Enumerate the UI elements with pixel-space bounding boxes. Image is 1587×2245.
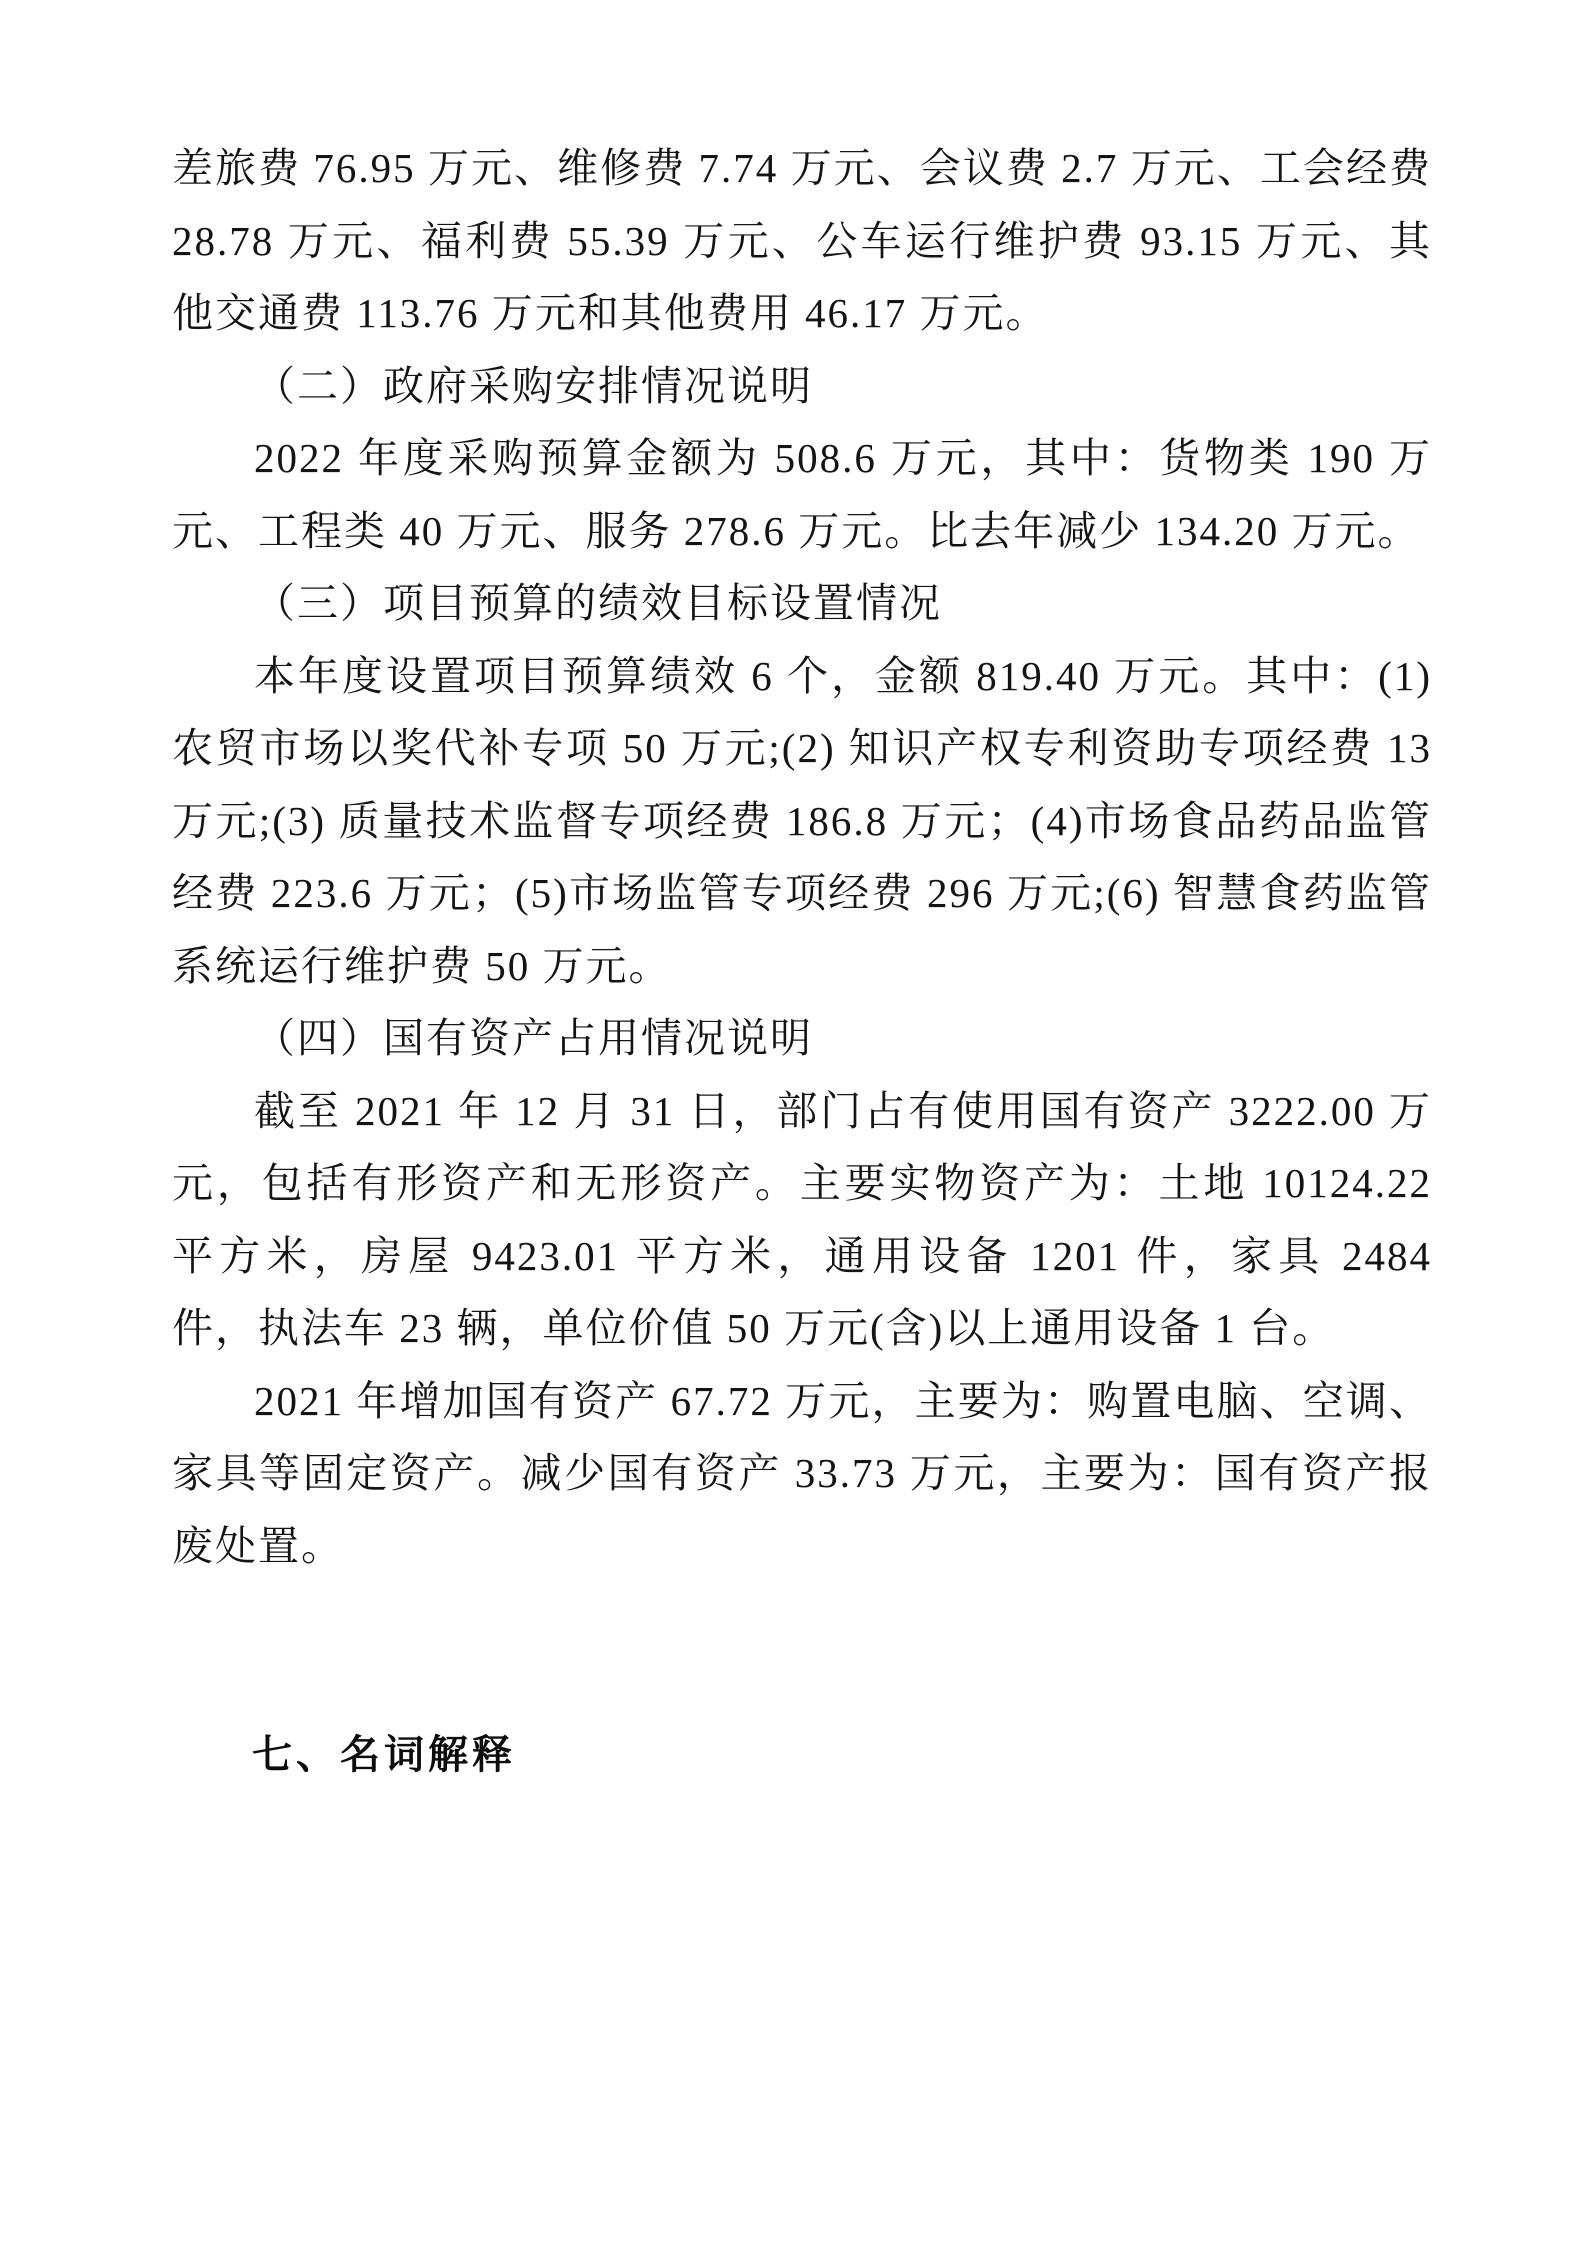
heading-glossary: 七、名词解释 [172,1719,1432,1792]
heading-state-owned-assets: （四）国有资产占用情况说明 [172,1002,1432,1075]
paragraph-state-assets-holdings: 截至 2021 年 12 月 31 日，部门占有使用国有资产 3222.00 万… [172,1075,1432,1365]
paragraph-state-assets-changes: 2021 年增加国有资产 67.72 万元，主要为：购置电脑、空调、家具等固定资… [172,1365,1432,1583]
document-page: 差旅费 76.95 万元、维修费 7.74 万元、会议费 2.7 万元、工会经费… [0,0,1587,2245]
heading-government-procurement: （二）政府采购安排情况说明 [172,350,1432,423]
paragraph-performance-projects: 本年度设置项目预算绩效 6 个，金额 819.40 万元。其中：(1)农贸市场以… [172,640,1432,1003]
paragraph-procurement-budget: 2022 年度采购预算金额为 508.6 万元，其中：货物类 190 万元、工程… [172,422,1432,567]
heading-performance-targets: （三）项目预算的绩效目标设置情况 [172,567,1432,640]
paragraph-daily-expenses-continuation: 差旅费 76.95 万元、维修费 7.74 万元、会议费 2.7 万元、工会经费… [172,132,1432,350]
